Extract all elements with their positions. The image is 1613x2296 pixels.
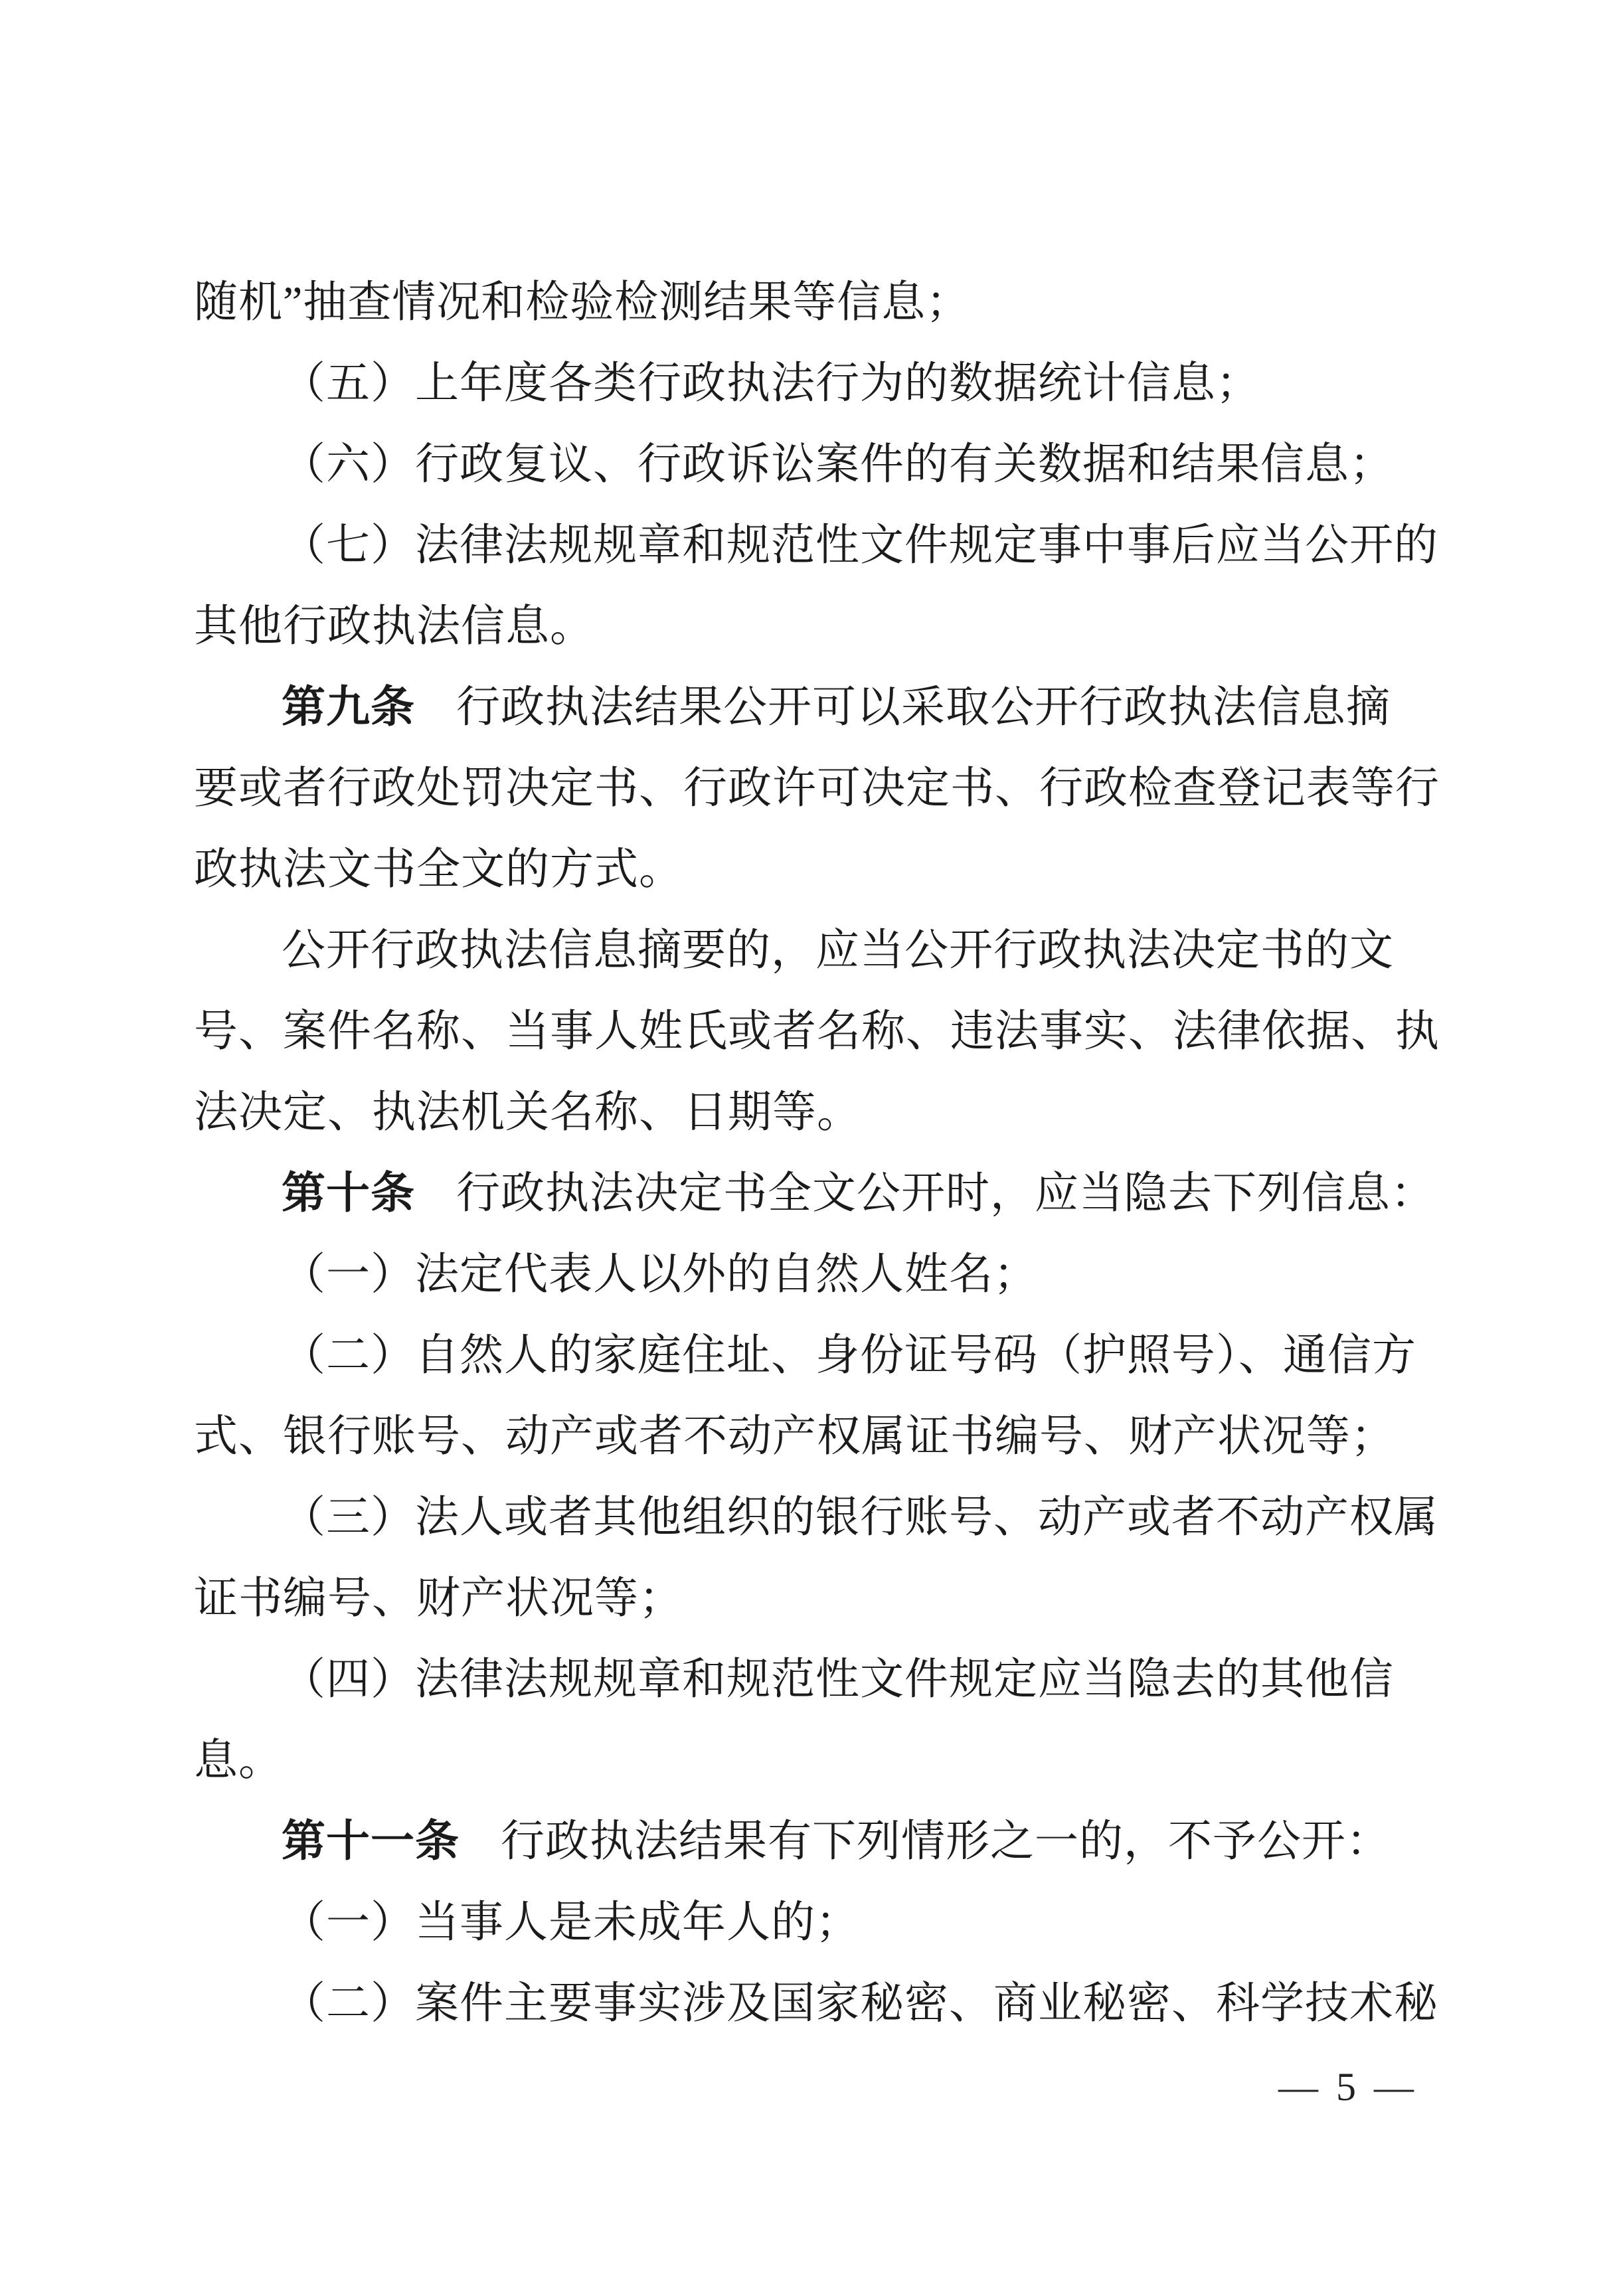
- article-number: 第十条: [282, 1169, 415, 1218]
- text-line: （一）法定代表人以外的自然人姓名；: [194, 1234, 1429, 1315]
- line-text: （一）法定代表人以外的自然人姓名；: [282, 1250, 1038, 1299]
- line-text: （七）法律法规规章和规范性文件规定事中事后应当公开的: [282, 521, 1438, 570]
- text-line-article-10: 第十条行政执法决定书全文公开时，应当隐去下列信息：: [194, 1153, 1429, 1234]
- text-line: 号、案件名称、当事人姓氏或者名称、违法事实、法律依据、执: [194, 991, 1429, 1072]
- text-line: 式、银行账号、动产或者不动产权属证书编号、财产状况等；: [194, 1396, 1429, 1477]
- line-text: 其他行政执法信息。: [194, 602, 594, 651]
- text-line: 随机”抽查情况和检验检测结果等信息；: [194, 262, 1429, 343]
- line-text: 政执法文书全文的方式。: [194, 845, 683, 894]
- text-line-article-9: 第九条行政执法结果公开可以采取公开行政执法信息摘: [194, 667, 1429, 748]
- article-number: 第九条: [282, 683, 415, 732]
- line-text: 行政执法决定书全文公开时，应当隐去下列信息：: [456, 1169, 1435, 1218]
- line-text: 证书编号、财产状况等；: [194, 1574, 683, 1623]
- line-text: （四）法律法规规章和规范性文件规定应当隐去的其他信: [282, 1655, 1394, 1704]
- page-number: — 5 —: [1278, 2064, 1418, 2110]
- line-text: 随机”抽查情况和检验检测结果等信息；: [194, 278, 970, 327]
- line-text: （一）当事人是未成年人的；: [282, 1898, 860, 1947]
- text-line: （二）案件主要事实涉及国家秘密、商业秘密、科学技术秘: [194, 1963, 1429, 2044]
- text-line: 政执法文书全文的方式。: [194, 829, 1429, 910]
- text-line: 法决定、执法机关名称、日期等。: [194, 1072, 1429, 1153]
- text-line: （七）法律法规规章和规范性文件规定事中事后应当公开的: [194, 505, 1429, 586]
- text-line: 公开行政执法信息摘要的，应当公开行政执法决定书的文: [194, 910, 1429, 991]
- document-body: 随机”抽查情况和检验检测结果等信息； （五）上年度各类行政执法行为的数据统计信息…: [194, 262, 1429, 2044]
- line-text: 法决定、执法机关名称、日期等。: [194, 1088, 861, 1137]
- line-text: 息。: [194, 1736, 283, 1785]
- text-line: （六）行政复议、行政诉讼案件的有关数据和结果信息；: [194, 424, 1429, 505]
- line-text: （六）行政复议、行政诉讼案件的有关数据和结果信息；: [282, 440, 1394, 489]
- text-line: 要或者行政处罚决定书、行政许可决定书、行政检查登记表等行: [194, 748, 1429, 829]
- text-line: （五）上年度各类行政执法行为的数据统计信息；: [194, 343, 1429, 424]
- line-text: （二）案件主要事实涉及国家秘密、商业秘密、科学技术秘: [282, 1979, 1438, 2028]
- line-text: 式、银行账号、动产或者不动产权属证书编号、财产状况等；: [194, 1412, 1395, 1461]
- text-line: 证书编号、财产状况等；: [194, 1558, 1429, 1639]
- line-text: （三）法人或者其他组织的银行账号、动产或者不动产权属: [282, 1493, 1438, 1542]
- text-line-article-11: 第十一条行政执法结果有下列情形之一的，不予公开：: [194, 1801, 1429, 1882]
- text-line: （四）法律法规规章和规范性文件规定应当隐去的其他信: [194, 1639, 1429, 1720]
- line-text: 行政执法结果有下列情形之一的，不予公开：: [501, 1817, 1391, 1866]
- line-text: 号、案件名称、当事人姓氏或者名称、违法事实、法律依据、执: [194, 1007, 1440, 1056]
- text-line: 息。: [194, 1720, 1429, 1801]
- document-page: 随机”抽查情况和检验检测结果等信息； （五）上年度各类行政执法行为的数据统计信息…: [0, 0, 1613, 2296]
- text-line: （三）法人或者其他组织的银行账号、动产或者不动产权属: [194, 1477, 1429, 1558]
- article-number: 第十一条: [282, 1817, 460, 1866]
- line-text: （二）自然人的家庭住址、身份证号码（护照号）、通信方: [282, 1331, 1416, 1380]
- text-line: （一）当事人是未成年人的；: [194, 1882, 1429, 1963]
- text-line: 其他行政执法信息。: [194, 586, 1429, 667]
- text-line: （二）自然人的家庭住址、身份证号码（护照号）、通信方: [194, 1315, 1429, 1396]
- line-text: 要或者行政处罚决定书、行政许可决定书、行政检查登记表等行: [194, 764, 1440, 813]
- line-text: 公开行政执法信息摘要的，应当公开行政执法决定书的文: [282, 926, 1394, 975]
- line-text: （五）上年度各类行政执法行为的数据统计信息；: [282, 359, 1260, 408]
- line-text: 行政执法结果公开可以采取公开行政执法信息摘: [456, 683, 1391, 732]
